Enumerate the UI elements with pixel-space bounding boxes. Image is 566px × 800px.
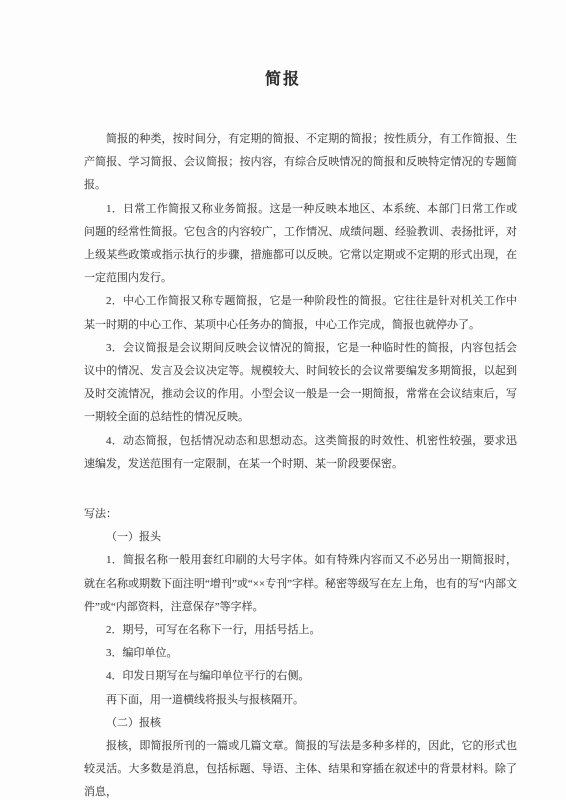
baohe-section-heading: （二）报核 (84, 712, 517, 735)
baotou-separator-note: 再下面，用一道横线将报头与报核隔开。 (84, 689, 517, 712)
baotou-item-publishing-unit: 3．编印单位。 (84, 642, 517, 665)
intro-paragraph: 简报的种类，按时间分，有定期的简报、不定期的简报；按性质分，有工作简报、生产简报… (84, 128, 517, 198)
writing-method-label: 写法： (84, 503, 517, 526)
baotou-item-name: 1．简报名称一般用套红印刷的大号字体。如有特殊内容而又不必另出一期简报时，就在名… (84, 549, 517, 619)
scanned-document-page: 简报 简报的种类，按时间分，有定期的简报、不定期的简报；按性质分，有工作简报、生… (0, 0, 566, 800)
baohe-paragraph: 报核，即简报所刊的一篇或几篇文章。简报的写法是多种多样的，因此，它的形式也较灵活… (84, 735, 517, 800)
type-paragraph-central-work: 2．中心工作简报又称专题简报，它是一种阶段性的简报。它往往是针对机关工作中某一时… (84, 290, 517, 336)
baotou-item-issue-number: 2．期号，可写在名称下一行，用括号括上。 (84, 619, 517, 642)
page-title: 简报 (0, 68, 566, 92)
document-body: 简报的种类，按时间分，有定期的简报、不定期的简报；按性质分，有工作简报、生产简报… (84, 128, 517, 800)
baotou-item-print-date: 4．印发日期写在与编印单位平行的右侧。 (84, 665, 517, 688)
type-paragraph-dynamic: 4．动态简报，包括情况动态和思想动态。这类简报的时效性、机密性较强，要求迅速编发… (84, 430, 517, 476)
type-paragraph-daily-work: 1．日常工作简报又称业务简报。这是一种反映本地区、本系统、本部门日常工作或问题的… (84, 198, 517, 291)
baotou-section-heading: （一）报头 (84, 526, 517, 549)
type-paragraph-meeting: 3．会议简报是会议期间反映会议情况的简报，它是一种临时性的简报，内容包括会议中的… (84, 337, 517, 430)
